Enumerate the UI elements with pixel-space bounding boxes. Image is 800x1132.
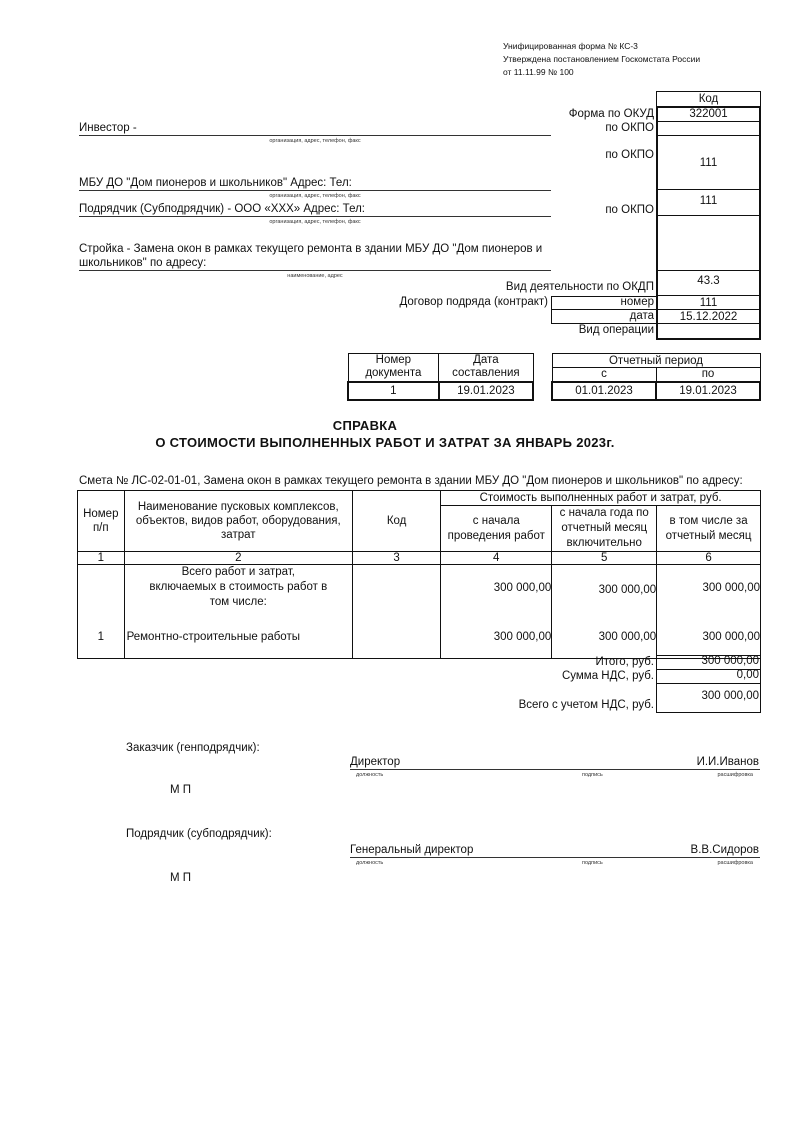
doc-date-value: 19.01.2023 bbox=[439, 382, 533, 400]
customer-sign-line bbox=[350, 769, 760, 770]
operation-label: Вид операции bbox=[579, 324, 654, 336]
grand-total-label: Всего с учетом НДС, руб. bbox=[519, 699, 654, 711]
period-to-value: 19.01.2023 bbox=[656, 382, 760, 400]
construction-line-2: школьников" по адресу: bbox=[79, 256, 542, 270]
col-header-from-year: с начала года по отчетный месяц включите… bbox=[552, 506, 657, 552]
row-from-year: 300 000,00 bbox=[552, 617, 657, 659]
col-header-code: Код bbox=[352, 491, 440, 552]
contractor-label: Подрядчик (Субподрядчик) - ООО «ХХХ» Адр… bbox=[79, 203, 365, 215]
okdp-label: Вид деятельности по ОКДП bbox=[506, 281, 654, 293]
vat-value: 0,00 bbox=[737, 669, 759, 681]
customer-hint-signature: подпись bbox=[582, 772, 603, 778]
document-info-table: Номер документа Дата составления 1 19.01… bbox=[347, 353, 534, 401]
construction-line-1: Стройка - Замена окон в рамках текущего … bbox=[79, 242, 542, 256]
contract-number-value: 111 bbox=[657, 296, 760, 310]
okud-label: Форма по ОКУД bbox=[569, 108, 654, 120]
works-table: Номер п/п Наименование пусковых комплекс… bbox=[77, 490, 761, 659]
period-header: Отчетный период bbox=[552, 354, 760, 368]
col-number-6: 6 bbox=[657, 552, 761, 565]
doc-number-header: Номер документа bbox=[348, 354, 439, 382]
okpo-customer-value: 111 bbox=[657, 136, 760, 190]
grand-total-value: 300 000,00 bbox=[701, 690, 759, 702]
construction-line bbox=[79, 270, 551, 271]
customer-hint-position: должность bbox=[356, 772, 383, 778]
total-value: 300 000,00 bbox=[701, 655, 759, 667]
period-from-value: 01.01.2023 bbox=[552, 382, 656, 400]
col-header-number: Номер п/п bbox=[78, 491, 125, 552]
contractor-sign-label: Подрядчик (субподрядчик): bbox=[126, 828, 272, 840]
operation-value bbox=[657, 324, 760, 338]
col-header-name: Наименование пусковых комплексов, объект… bbox=[124, 491, 352, 552]
row-num bbox=[78, 565, 125, 617]
codes-header: Код bbox=[656, 91, 761, 107]
contractor-position: Генеральный директор bbox=[350, 844, 473, 856]
row-from-year: 300 000,00 bbox=[552, 565, 657, 617]
reporting-period-table: Отчетный период с по 01.01.2023 19.01.20… bbox=[551, 353, 761, 401]
customer-line bbox=[79, 190, 551, 191]
col-number-1: 1 bbox=[78, 552, 125, 565]
row-code bbox=[352, 565, 440, 617]
col-header-month: в том числе за отчетный месяц bbox=[657, 506, 761, 552]
contractor-hint-position: должность bbox=[356, 860, 383, 866]
okpo-investor-value bbox=[657, 122, 760, 136]
doc-number-value: 1 bbox=[348, 382, 439, 400]
customer-label: МБУ ДО "Дом пионеров и школьников" Адрес… bbox=[79, 177, 352, 189]
okpo-customer-label: по ОКПО bbox=[605, 149, 654, 161]
total-label: Итого, руб. bbox=[596, 656, 654, 668]
contractor-hint-name: расшифровка bbox=[717, 860, 753, 866]
vat-label: Сумма НДС, руб. bbox=[562, 670, 654, 682]
okdp-value: 43.3 bbox=[657, 271, 760, 296]
customer-stamp: М П bbox=[170, 784, 191, 796]
col-number-4: 4 bbox=[441, 552, 552, 565]
row-code bbox=[352, 617, 440, 659]
document-title: СПРАВКА О СТОИМОСТИ ВЫПОЛНЕННЫХ РАБОТ И … bbox=[0, 417, 800, 451]
row-month: 300 000,00 bbox=[657, 617, 761, 659]
contractor-sign-line bbox=[350, 857, 760, 858]
contract-number-label: номер bbox=[621, 296, 654, 308]
contractor-stamp: М П bbox=[170, 872, 191, 884]
form-header-note: Унифицированная форма № КС-3 Утверждена … bbox=[503, 40, 700, 79]
row-name: Всего работ и затрат, включаемых в стоим… bbox=[124, 565, 352, 617]
okpo-contractor-value: 111 bbox=[657, 190, 760, 216]
customer-position: Директор bbox=[350, 756, 400, 768]
contract-date-label: дата bbox=[630, 310, 654, 322]
okpo-contractor-label: по ОКПО bbox=[605, 204, 654, 216]
okud-value: 322001 bbox=[657, 107, 760, 122]
contractor-name: В.В.Сидоров bbox=[691, 844, 759, 856]
construction-hint: наименование, адрес bbox=[79, 273, 551, 279]
table-row: Всего работ и затрат, включаемых в стоим… bbox=[78, 565, 761, 617]
contractor-hint-signature: подпись bbox=[582, 860, 603, 866]
period-from-header: с bbox=[552, 368, 656, 382]
title-line-1: СПРАВКА bbox=[0, 417, 800, 434]
title-line-2: О СТОИМОСТИ ВЫПОЛНЕННЫХ РАБОТ И ЗАТРАТ З… bbox=[0, 434, 800, 451]
customer-hint: организация, адрес, телефон, факс bbox=[79, 193, 551, 199]
contract-date-value: 15.12.2022 bbox=[657, 310, 760, 324]
col-number-3: 3 bbox=[352, 552, 440, 565]
estimate-caption: Смета № ЛС-02-01-01, Замена окон в рамка… bbox=[79, 475, 743, 487]
investor-hint: организация, адрес, телефон, факс bbox=[79, 138, 551, 144]
cost-group-header: Стоимость выполненных работ и затрат, ру… bbox=[441, 491, 761, 506]
col-number-5: 5 bbox=[552, 552, 657, 565]
table-row: 1 Ремонтно-строительные работы 300 000,0… bbox=[78, 617, 761, 659]
contractor-hint: организация, адрес, телефон, факс bbox=[79, 219, 551, 225]
row-name: Ремонтно-строительные работы bbox=[124, 617, 352, 659]
row-from-start: 300 000,00 bbox=[441, 565, 552, 617]
investor-line bbox=[79, 135, 551, 136]
form-approval: Утверждена постановлением Госкомстата Ро… bbox=[503, 53, 700, 66]
row-from-start: 300 000,00 bbox=[441, 617, 552, 659]
form-approval-date: от 11.11.99 № 100 bbox=[503, 66, 700, 79]
period-to-header: по bbox=[656, 368, 760, 382]
col-header-from-start: с начала проведения работ bbox=[441, 506, 552, 552]
customer-sign-label: Заказчик (генподрядчик): bbox=[126, 742, 260, 754]
okpo-investor-label: по ОКПО bbox=[605, 122, 654, 134]
row-num: 1 bbox=[78, 617, 125, 659]
doc-date-header: Дата составления bbox=[439, 354, 533, 382]
totals-divider-2 bbox=[656, 683, 761, 684]
contractor-line bbox=[79, 216, 551, 217]
investor-label: Инвестор - bbox=[79, 122, 137, 134]
customer-hint-name: расшифровка bbox=[717, 772, 753, 778]
form-name: Унифицированная форма № КС-3 bbox=[503, 40, 700, 53]
contract-label: Договор подряда (контракт) bbox=[399, 296, 548, 308]
row-month: 300 000,00 bbox=[657, 565, 761, 617]
col-number-2: 2 bbox=[124, 552, 352, 565]
customer-name: И.И.Иванов bbox=[697, 756, 759, 768]
construction-label: Стройка - Замена окон в рамках текущего … bbox=[79, 242, 542, 270]
construction-code-value bbox=[657, 216, 760, 271]
